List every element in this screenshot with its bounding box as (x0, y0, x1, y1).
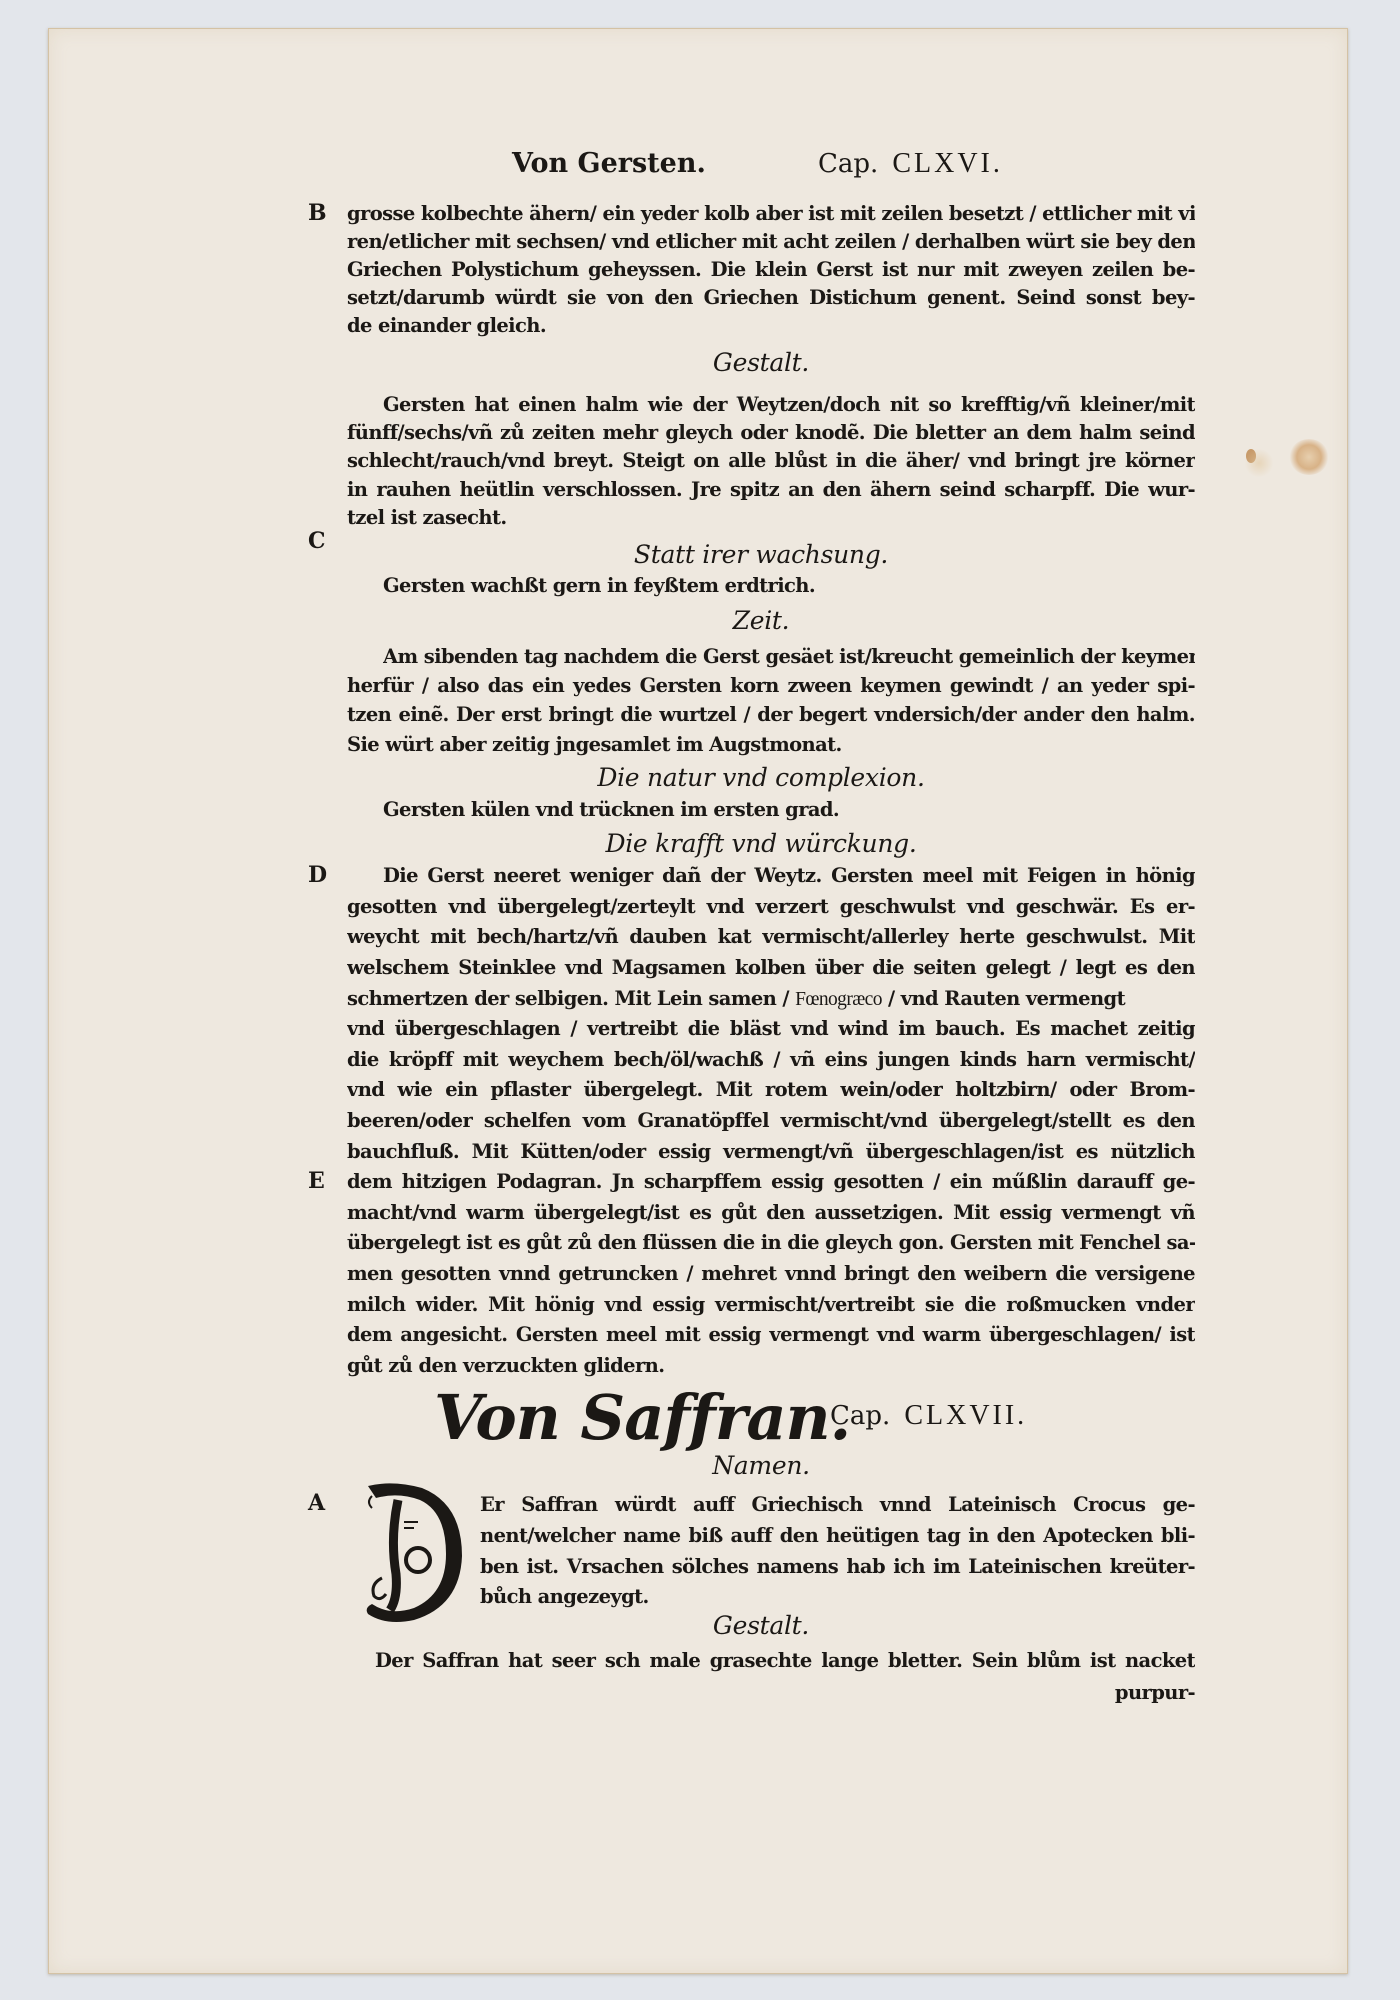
text-line: Die Gerst neeret weniger dañ der Weytz. … (383, 862, 1195, 890)
text-segment: schmertzen der selbigen. Mit Lein samen … (347, 987, 795, 1010)
section-heading-krafft: Die krafft vnd würckung. (327, 828, 1195, 860)
text-line: fünff/sechs/vñ zů zeiten mehr gleych ode… (347, 419, 1195, 447)
text-line: setzt/darumb würdt sie von den Griechen … (347, 284, 1195, 312)
margin-letter-c: C (308, 528, 326, 554)
section-heading-zeit: Zeit. (327, 605, 1195, 637)
text-line: men gesotten vnnd getruncken / mehret vn… (347, 1260, 1195, 1288)
cap-roman-numeral: CLXVII. (904, 1400, 1027, 1431)
catchword: purpur- (327, 1679, 1195, 1707)
text-line: Er Saffran würdt auff Griechisch vnnd La… (480, 1491, 1195, 1519)
text-line: tzel ist zasecht. (347, 504, 1195, 532)
section-heading-natur: Die natur vnd complexion. (327, 762, 1195, 794)
cap-word: Cap. (830, 1401, 890, 1431)
decorated-initial-d (362, 1478, 468, 1624)
text-line: dem hitzigen Podagran. Jn scharpffem ess… (347, 1168, 1195, 1196)
text-line: milch wider. Mit hönig vnd essig vermisc… (347, 1291, 1195, 1319)
text-line: ren/etlicher mit sechsen/ vnd etlicher m… (347, 228, 1195, 256)
text-line: tzen einẽ. Der erst bringt die wurtzel /… (347, 701, 1195, 729)
section-heading-gestalt: Gestalt. (327, 347, 1195, 379)
running-title: Von Gersten. (512, 148, 706, 179)
text-line: schmertzen der selbigen. Mit Lein samen … (347, 985, 1195, 1014)
cap-word: Cap. (818, 149, 878, 179)
margin-letter-a: A (308, 1490, 325, 1516)
text-line: Griechen Polystichum geheyssen. Die klei… (347, 256, 1195, 284)
text-line: vnd übergeschlagen / vertreibt die bläst… (347, 1015, 1195, 1043)
text-line: weycht mit bech/hartz/vñ dauben kat verm… (347, 923, 1195, 951)
chapter-number: Cap.CLXVII. (830, 1400, 1027, 1432)
text-line: die kröpff mit weychem bech/öl/wachß / v… (347, 1046, 1195, 1074)
foxing-stain (1289, 439, 1329, 475)
text-line: welschem Steinklee vnd Magsamen kolben ü… (347, 954, 1195, 982)
margin-letter-e: E (308, 1168, 325, 1194)
text-line: Gersten hat einen halm wie der Weytzen/d… (383, 391, 1195, 419)
text-line: grosse kolbechte ähern/ ein yeder kolb a… (347, 200, 1195, 228)
text-line: gesotten vnd übergelegt/zerteylt vnd ver… (347, 893, 1195, 921)
text-line: Am sibenden tag nachdem die Gerst gesäet… (383, 643, 1195, 671)
section-heading-gestalt-saffran: Gestalt. (327, 1610, 1195, 1642)
margin-letter-b: B (308, 200, 327, 226)
text-line: übergelegt ist es gůt zů den flüssen die… (347, 1229, 1195, 1257)
text-line: schlecht/rauch/vnd breyt. Steigt on alle… (347, 447, 1195, 475)
text-line: Gersten külen vnd trücknen im ersten gra… (383, 796, 1195, 824)
latin-term: Fœnogræco (795, 989, 882, 1010)
text-line: gůt zů den verzuckten glidern. (347, 1352, 1195, 1380)
text-line: beeren/oder schelfen vom Granatöpffel ve… (347, 1107, 1195, 1135)
text-line: nent/welcher name biß auff den heütigen … (480, 1522, 1195, 1550)
section-heading-statt: Statt irer wachsung. (327, 539, 1195, 571)
chapter-number: Cap.CLXVI. (818, 148, 1003, 180)
margin-letter-d: D (308, 862, 327, 888)
text-line: Sie würt aber zeitig jngesamlet im Augst… (347, 731, 1195, 759)
text-line: de einander gleich. (347, 312, 1195, 340)
text-line: herfür / also das ein yedes Gersten korn… (347, 672, 1195, 700)
ornate-initial-icon (362, 1478, 468, 1624)
text-line: in rauhen heütlin verschlossen. Jre spit… (347, 476, 1195, 504)
text-line: Gersten wachßt gern in feyßtem erdtrich. (383, 572, 1195, 600)
text-line: dem angesicht. Gersten meel mit essig ve… (347, 1321, 1195, 1349)
text-line: ben ist. Vrsachen sölches namens hab ich… (480, 1553, 1195, 1581)
text-line: bůch angezeygt. (480, 1583, 1195, 1611)
text-line: vnd wie ein pflaster übergelegt. Mit rot… (347, 1076, 1195, 1104)
text-line: Der Saffran hat seer sch male grasechte … (375, 1647, 1195, 1675)
text-line: macht/vnd warm übergelegt/ist es gůt den… (347, 1199, 1195, 1227)
foxing-stain (1244, 449, 1274, 477)
chapter-title: Von Saffran. (434, 1383, 850, 1453)
text-line: bauchfluß. Mit Kütten/oder essig vermeng… (347, 1138, 1195, 1166)
text-segment: / vnd Rauten vermengt (882, 987, 1125, 1010)
cap-roman-numeral: CLXVI. (892, 148, 1003, 179)
